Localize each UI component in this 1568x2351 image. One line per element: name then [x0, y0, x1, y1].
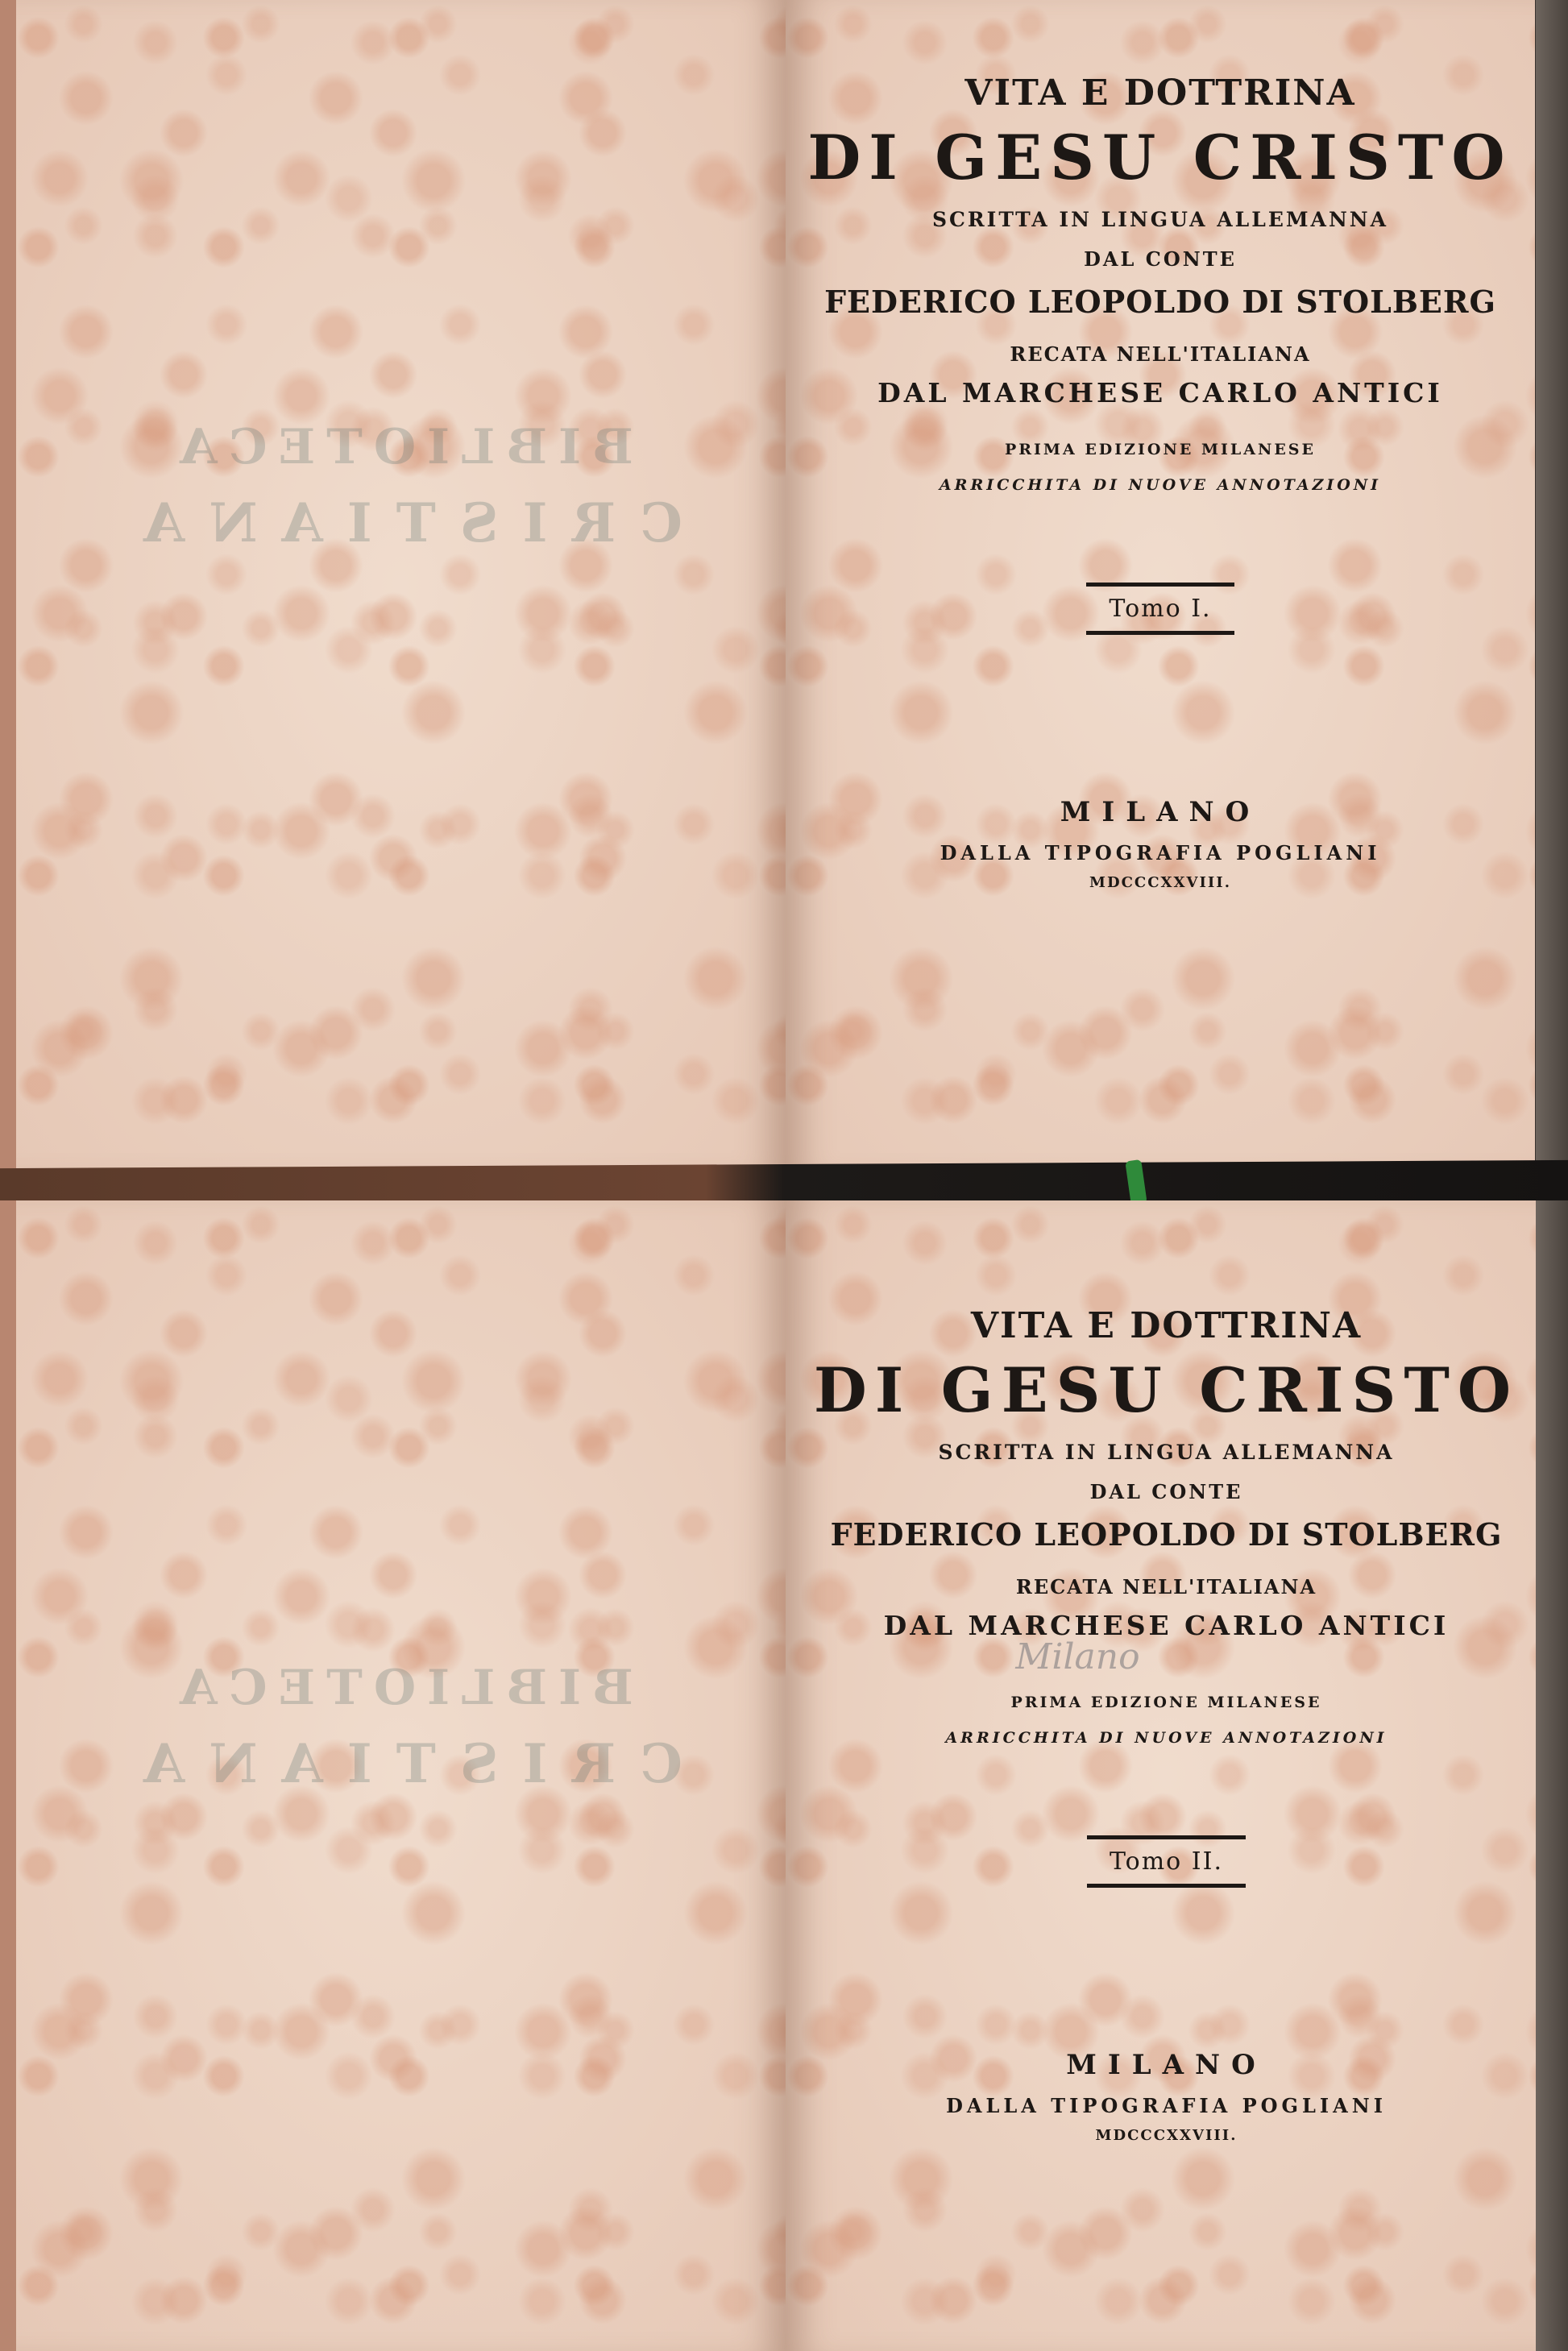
subtitle-line: RECATA NELL'ITALIANA: [786, 342, 1535, 366]
subtitle-line: SCRITTA IN LINGUA ALLEMANNA: [786, 1441, 1547, 1464]
imprint-year: MDCCCXXVIII.: [786, 874, 1535, 891]
volume-1: BIBLIOTECA CRISTIANA VITA E DOTTRINA DI …: [0, 0, 1568, 1172]
imprint-city: MILANO: [786, 2049, 1547, 2081]
translator-name: DAL MARCHESE CARLO ANTICI: [786, 377, 1535, 408]
author-name: FEDERICO LEOPOLDO DI STOLBERG: [786, 284, 1535, 320]
subtitle-line: DAL CONTE: [786, 247, 1535, 271]
show-through-stamp: BIBLIOTECA CRISTIANA: [16, 419, 786, 554]
annotations-line: ARRICCHITA DI NUOVE ANNOTAZIONI: [786, 476, 1535, 494]
imprint-printer: DALLA TIPOGRAFIA POGLIANI: [786, 841, 1535, 865]
title-block: VITA E DOTTRINA DI GESU CRISTO SCRITTA I…: [786, 73, 1535, 891]
author-name: FEDERICO LEOPOLDO DI STOLBERG: [786, 1516, 1547, 1553]
subtitle-line: SCRITTA IN LINGUA ALLEMANNA: [786, 208, 1535, 231]
edition-line: PRIMA EDIZIONE MILANESE: [786, 441, 1535, 458]
cover-edge: [1536, 1200, 1568, 2351]
cover-edge: [0, 0, 18, 1172]
left-page-blank: BIBLIOTECA CRISTIANA: [16, 1200, 786, 2351]
edition-line: PRIMA EDIZIONE MILANESE: [786, 1694, 1547, 1711]
handwritten-note: Milano: [608, 1636, 1547, 1677]
volume-2: BIBLIOTECA CRISTIANA VITA E DOTTRINA DI …: [0, 1200, 1568, 2351]
imprint-city: MILANO: [786, 796, 1535, 828]
cover-edge: [1536, 0, 1568, 1172]
show-through-stamp: BIBLIOTECA CRISTIANA: [16, 1660, 786, 1795]
volume-number: Tomo II.: [1087, 1835, 1246, 1888]
main-title: DI GESU CRISTO: [786, 1354, 1547, 1426]
translator-name: DAL MARCHESE CARLO ANTICI: [786, 1610, 1547, 1641]
volume-number: Tomo I.: [1086, 583, 1234, 635]
title-line: VITA E DOTTRINA: [786, 1305, 1547, 1346]
subtitle-line: RECATA NELL'ITALIANA: [786, 1575, 1547, 1598]
left-page-blank: BIBLIOTECA CRISTIANA: [16, 0, 786, 1172]
subtitle-line: DAL CONTE: [786, 1480, 1547, 1503]
main-title: DI GESU CRISTO: [786, 122, 1535, 193]
title-block: VITA E DOTTRINA DI GESU CRISTO SCRITTA I…: [786, 1305, 1547, 2144]
title-page: VITA E DOTTRINA DI GESU CRISTO SCRITTA I…: [786, 0, 1535, 1172]
imprint-year: MDCCCXXVIII.: [786, 2127, 1547, 2144]
title-page: VITA E DOTTRINA DI GESU CRISTO SCRITTA I…: [786, 1200, 1547, 2351]
annotations-line: ARRICCHITA DI NUOVE ANNOTAZIONI: [786, 1729, 1547, 1747]
cover-edge: [0, 1200, 18, 2351]
title-line: VITA E DOTTRINA: [786, 73, 1535, 114]
imprint-printer: DALLA TIPOGRAFIA POGLIANI: [786, 2094, 1547, 2117]
